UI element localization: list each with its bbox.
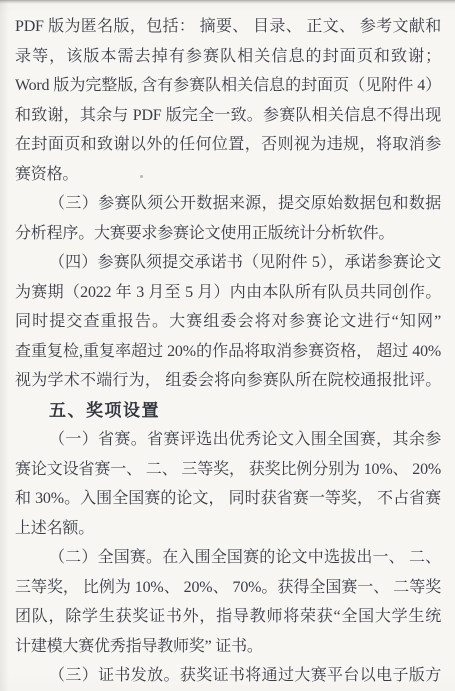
text-line: 上述名额。 <box>15 514 441 544</box>
text-line: （四）参赛队须提交承诺书（见附件 5），承诺参赛论文 <box>15 248 441 278</box>
text-line: 和 30%。入围全国赛的论文， 同时获省赛一等奖， 不占省赛 <box>15 484 441 514</box>
scan-edge-left <box>0 0 9 691</box>
text-line: （三）参赛队须公开数据来源，提交原始数据包和数据 <box>15 189 441 219</box>
text-line: 赛资格。 <box>15 160 441 190</box>
text-line: 为赛期（2022 年 3 月至 5 月）内由本队所有队员共同创作。 <box>15 278 441 308</box>
text-line: 查重复检,重复率超过 20%的作品将取消参赛资格， 超过 40% <box>15 337 441 367</box>
text-line: 录等，该版本需去掉有参赛队相关信息的封面页和致谢； <box>15 42 441 72</box>
text-line: （三）证书发放。获奖证书将通过大赛平台以电子版方 <box>15 661 441 691</box>
section-heading: 五、奖项设置 <box>15 396 441 426</box>
text-line: 三等奖， 比例为 10%、 20%、 70%。获得全国赛一、 二等奖的 <box>15 573 441 603</box>
text-line: Word 版为完整版, 含有参赛队相关信息的封面页（见附件 4） <box>15 71 441 101</box>
text-line: 分析程序。大赛要求参赛论文使用正版统计分析软件。 <box>15 219 441 249</box>
text-block: PDF 版为匿名版，包括： 摘要、 目录、 正文、 参考文献和附录等，该版本需去… <box>15 12 441 691</box>
text-line: 和致谢，其余与 PDF 版完全一致。参赛队相关信息不得出现 <box>15 101 441 131</box>
text-line: 团队，除学生获奖证书外，指导教师将荣获“全国大学生统 <box>15 602 441 632</box>
text-line: 赛论文设省赛一、 二、 三等奖， 获奖比例分别为 10%、 20% <box>15 455 441 485</box>
text-line: PDF 版为匿名版，包括： 摘要、 目录、 正文、 参考文献和附 <box>15 12 441 42</box>
text-line: 视为学术不端行为， 组委会将向参赛队所在院校通报批评。 <box>15 366 441 396</box>
text-line: （二）全国赛。在入围全国赛的论文中选拔出一、 二、 <box>15 543 441 573</box>
scan-edge-top <box>0 0 455 4</box>
text-line: 同时提交查重报告。大赛组委会将对参赛论文进行“知网” <box>15 307 441 337</box>
text-line: （一）省赛。省赛评选出优秀论文入围全国赛，其余参 <box>15 425 441 455</box>
text-line: 在封面页和致谢以外的任何位置，否则视为违规，将取消参 <box>15 130 441 160</box>
scan-speck <box>140 175 143 178</box>
document-page: PDF 版为匿名版，包括： 摘要、 目录、 正文、 参考文献和附录等，该版本需去… <box>0 0 455 691</box>
text-line: 计建模大赛优秀指导教师奖” 证书。 <box>15 632 441 662</box>
